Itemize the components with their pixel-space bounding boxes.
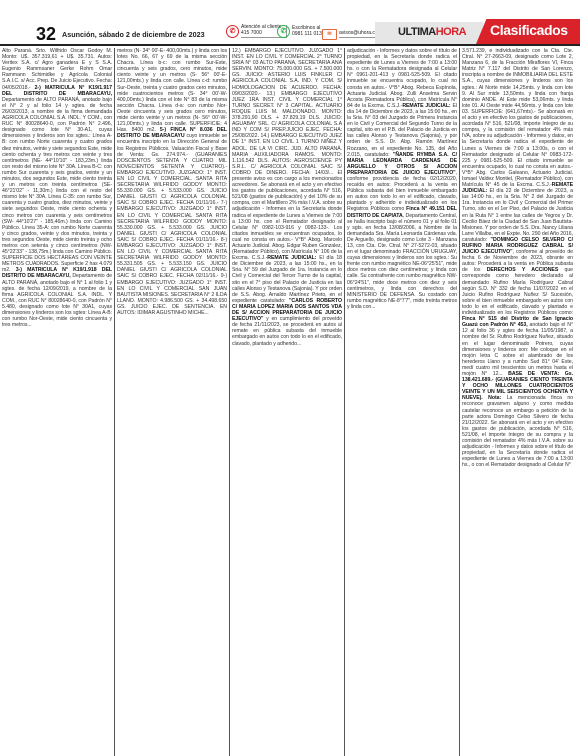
contact-value: 415 7000 xyxy=(241,30,262,36)
ad-body: metros (N- 34° 00'-E- 400,00mts.) y lind… xyxy=(117,48,227,133)
column-2: metros (N- 34° 00'-E- 400,00mts.) y lind… xyxy=(115,48,230,756)
phone-icon: ✆ xyxy=(226,25,239,38)
whatsapp-contact: ✆ Escribinos al0981 111 013 xyxy=(277,25,322,38)
ad-body: adjudicación - Informes y datos sobre el… xyxy=(347,48,457,109)
classified-ad-text: metros (N- 34° 00'-E- 400,00mts.) y lind… xyxy=(117,48,227,316)
ad-body: El día 14 de Diciembre de 2023, a las 15… xyxy=(347,103,457,158)
brand-logo: ULTIMAHORA xyxy=(398,26,466,38)
classified-ad-text: Alto Paraná. Srio. Wilfrido Oscar Godoy … xyxy=(2,48,112,328)
ad-body: 12.) EMBARGO EJECUTIVO. JUZGADO 1° INST.… xyxy=(232,48,342,261)
column-3: 12.) EMBARGO EJECUTIVO. JUZGADO 1° INST.… xyxy=(230,48,345,756)
classified-ad-text: 12.) EMBARGO EJECUTIVO. JUZGADO 1° INST.… xyxy=(232,48,342,347)
ad-body: Departamento de ALTO PARANÁ, anotado baj… xyxy=(2,97,112,274)
header-divider xyxy=(0,44,580,46)
ad-heading: REMATE JUDICIAL: xyxy=(402,103,450,109)
ad-body: , Departamento Central, se halla inscrip… xyxy=(347,213,457,310)
classified-ad-text: adjudicación - Informes y datos sobre el… xyxy=(347,48,457,310)
column-5: 3.571.239, e individualizado con la Cta.… xyxy=(460,48,575,756)
publication-date: Asunción, sábado 2 de diciembre de 2023 xyxy=(62,30,205,39)
page-number: 32 xyxy=(36,24,56,45)
ad-body: 3.571.239, e individualizado con la Cta.… xyxy=(462,48,573,188)
column-4: adjudicación - Informes y datos sobre el… xyxy=(345,48,460,756)
classifieds-columns: Alto Paraná. Srio. Wilfrido Oscar Godoy … xyxy=(0,48,580,756)
ad-body: cuyo inmueble se encuentra inscripto en … xyxy=(117,133,227,316)
ad-heading: REMATE JUDICIAL: xyxy=(267,255,316,261)
ad-body: La mencionada finca no reconoce gravamen… xyxy=(462,395,573,468)
ad-body: que corresponde como heredero declarado … xyxy=(462,267,573,316)
ad-heading: DERECHOS Y ACCIONES xyxy=(487,267,559,273)
contact-value: 0981 111 013 xyxy=(292,31,322,37)
ad-body: El día 18 de Diciembre de 2023, a las 15… xyxy=(232,255,342,304)
ad-body: El día 22 de Diciembre de 2023, a las 14… xyxy=(462,188,573,243)
section-title: Clasificados xyxy=(490,22,568,38)
classified-ad-text: 3.571.239, e individualizado con la Cta.… xyxy=(462,48,573,468)
whatsapp-icon: ✆ xyxy=(277,25,290,38)
column-1: Alto Paraná. Srio. Wilfrido Oscar Godoy … xyxy=(0,48,115,756)
ad-body: Departamento de ALTO PARANÁ, anotado baj… xyxy=(2,273,112,328)
mail-icon: ✉ xyxy=(322,29,337,40)
ad-body: anotado bajo el N° 12 al folio 36 y sgte… xyxy=(462,322,573,377)
page-header: 32 Asunción, sábado 2 de diciembre de 20… xyxy=(0,0,580,44)
